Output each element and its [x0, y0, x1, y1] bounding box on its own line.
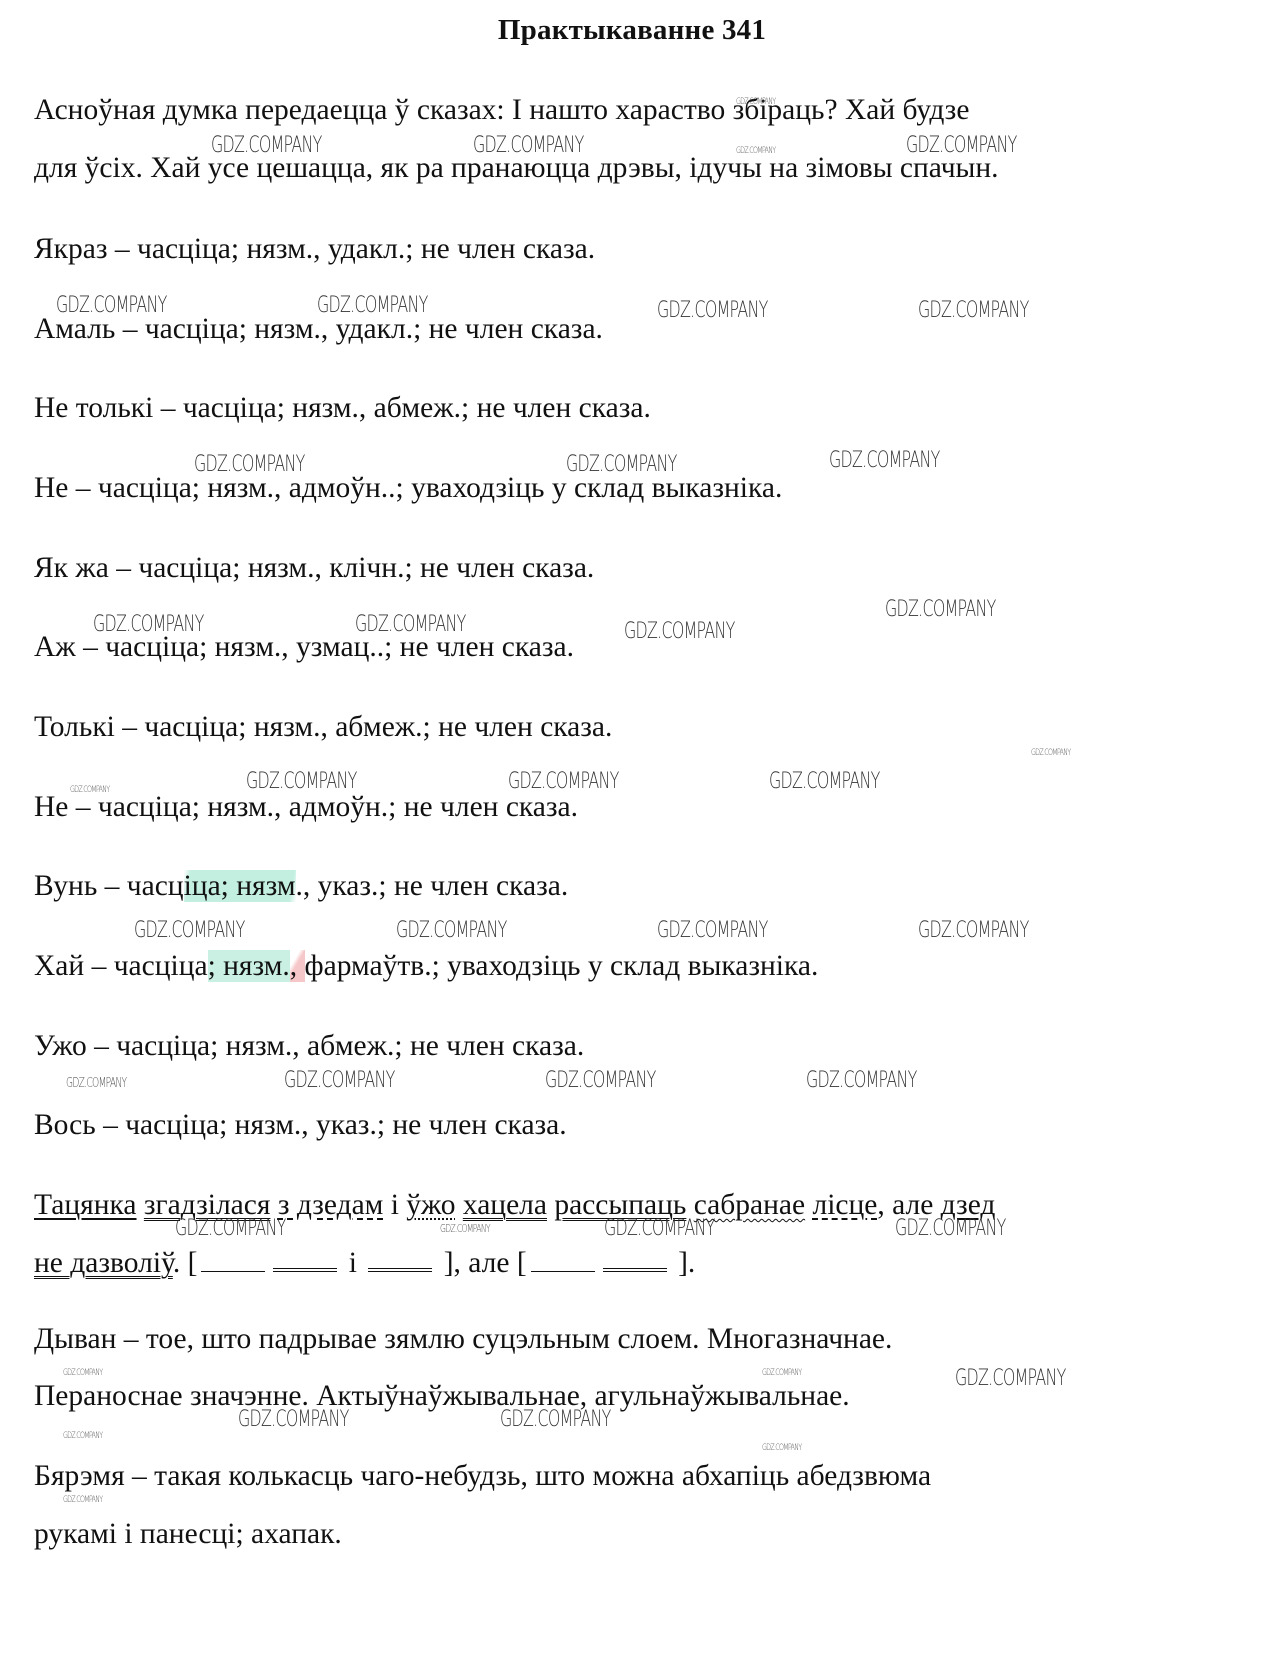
particle-word: Вось: [34, 1109, 96, 1141]
predicate: не дазволіў: [34, 1247, 173, 1279]
object: з дзедам: [278, 1189, 384, 1221]
particle-word: Толькі: [34, 711, 115, 743]
particle-word: Не: [34, 472, 68, 504]
watermark: GDZ.COMPANY: [736, 97, 775, 107]
watermark: GDZ.COMPANY: [66, 1076, 126, 1091]
particle-word: Не: [34, 791, 68, 823]
watermark: GDZ.COMPANY: [500, 1407, 611, 1432]
scheme-subject-line: [201, 1249, 265, 1272]
watermark: GDZ.COMPANY: [1031, 748, 1070, 758]
particle-desc: – часціца; нязм., указ.; не член сказа.: [96, 1109, 567, 1141]
particle-desc: – часціца; нязм., абмеж.; не член сказа.: [115, 711, 613, 743]
watermark: GDZ.COMPANY: [508, 769, 619, 794]
watermark: GDZ.COMPANY: [918, 298, 1029, 323]
object: лісце: [812, 1189, 877, 1221]
watermark: GDZ.COMPANY: [762, 1443, 801, 1453]
watermark: GDZ.COMPANY: [885, 597, 996, 622]
watermark: GDZ.COMPANY: [829, 448, 940, 473]
watermark: GDZ.COMPANY: [806, 1068, 917, 1093]
watermark: GDZ.COMPANY: [56, 293, 167, 318]
particle-word: Хай: [34, 950, 84, 982]
particle-item: Толькі – часціца; нязм., абмеж.; не член…: [34, 709, 612, 745]
watermark: GDZ.COMPANY: [284, 1068, 395, 1093]
watermark: GDZ.COMPANY: [93, 612, 204, 637]
watermark: GDZ.COMPANY: [134, 918, 245, 943]
subject: Тацянка: [34, 1189, 137, 1221]
particle-item: Вунь – часціца; нязм., указ.; не член ск…: [34, 868, 568, 904]
watermark: GDZ.COMPANY: [895, 1216, 1006, 1241]
watermark: GDZ.COMPANY: [657, 918, 768, 943]
particle-desc: – часціца; нязм., удакл.; не член сказа.: [108, 233, 596, 265]
particle-item: Вось – часціца; нязм., указ.; не член ск…: [34, 1107, 567, 1143]
particle-word: Аж: [34, 631, 76, 663]
particle-word: Як жа: [34, 552, 109, 584]
definition-line: Дыван – тое, што падрывае зямлю суцэльны…: [34, 1321, 892, 1357]
intro-line-1: Асноўная думка передаецца ў сказах: І на…: [34, 92, 969, 128]
particle-item: Хай – часціца; нязм., фармаўтв.; уваходз…: [34, 948, 818, 984]
watermark: GDZ.COMPANY: [473, 133, 584, 158]
adverbial: ўжо: [406, 1189, 455, 1221]
watermark: GDZ.COMPANY: [63, 1368, 102, 1378]
watermark: GDZ.COMPANY: [955, 1366, 1066, 1391]
watermark: GDZ.COMPANY: [566, 452, 677, 477]
definition-line: Пераноснае значэнне. Актыўнаўжывальнае, …: [34, 1378, 850, 1414]
particle-word: Якраз: [34, 233, 108, 265]
particle-word: Ужо: [34, 1030, 87, 1062]
watermark: GDZ.COMPANY: [657, 298, 768, 323]
page-title: Практыкаванне 341: [0, 14, 1264, 47]
analysis-sentence-line-2: не дазволіў. [ і ], але [ ].: [34, 1245, 695, 1281]
watermark: GDZ.COMPANY: [769, 769, 880, 794]
watermark: GDZ.COMPANY: [440, 1222, 490, 1235]
particle-item: Ужо – часціца; нязм., абмеж.; не член ск…: [34, 1028, 584, 1064]
definition-line: Бярэмя – такая колькасць чаго-небудзь, ш…: [34, 1458, 931, 1494]
watermark: GDZ.COMPANY: [624, 619, 735, 644]
watermark: GDZ.COMPANY: [238, 1407, 349, 1432]
watermark: GDZ.COMPANY: [175, 1216, 286, 1241]
particle-word: Не толькі: [34, 392, 153, 424]
watermark: GDZ.COMPANY: [194, 452, 305, 477]
particle-item: Якраз – часціца; нязм., удакл.; не член …: [34, 231, 595, 267]
particle-desc: – часціца; нязм., абмеж.; не член сказа.: [153, 392, 651, 424]
watermark: GDZ.COMPANY: [63, 1495, 102, 1505]
particle-item: Як жа – часціца; нязм., клічн.; не член …: [34, 550, 594, 586]
highlight-pink: ,: [290, 950, 305, 982]
watermark: GDZ.COMPANY: [70, 785, 109, 795]
particle-word: Вунь: [34, 870, 97, 902]
scheme-subject-line: [531, 1249, 595, 1272]
predicate: хацела: [463, 1189, 547, 1221]
watermark: GDZ.COMPANY: [396, 918, 507, 943]
watermark: GDZ.COMPANY: [736, 146, 775, 156]
watermark: GDZ.COMPANY: [211, 133, 322, 158]
highlight-green: іца; нязм: [184, 870, 296, 902]
scheme-predicate-line: [273, 1248, 337, 1272]
watermark: GDZ.COMPANY: [63, 1431, 102, 1441]
scheme-predicate-line: [603, 1248, 667, 1272]
scheme-predicate-line: [368, 1248, 432, 1272]
highlight-green: ; нязм.: [208, 950, 290, 982]
definition-line: рукамі і панесці; ахапак.: [34, 1516, 342, 1552]
particle-desc: – часціца; нязм., клічн.; не член сказа.: [109, 552, 594, 584]
watermark: GDZ.COMPANY: [355, 612, 466, 637]
watermark: GDZ.COMPANY: [317, 293, 428, 318]
particle-item: Не – часціца; нязм., адмоўн.; не член ск…: [34, 789, 578, 825]
watermark: GDZ.COMPANY: [918, 918, 1029, 943]
particle-desc: – часціца; нязм., адмоўн.; не член сказа…: [68, 791, 578, 823]
watermark: GDZ.COMPANY: [906, 133, 1017, 158]
watermark: GDZ.COMPANY: [545, 1068, 656, 1093]
particle-desc: – часціца; нязм., абмеж.; не член сказа.: [87, 1030, 585, 1062]
watermark: GDZ.COMPANY: [604, 1216, 715, 1241]
watermark: GDZ.COMPANY: [762, 1368, 801, 1378]
watermark: GDZ.COMPANY: [246, 769, 357, 794]
particle-item: Не толькі – часціца; нязм., абмеж.; не ч…: [34, 390, 651, 426]
